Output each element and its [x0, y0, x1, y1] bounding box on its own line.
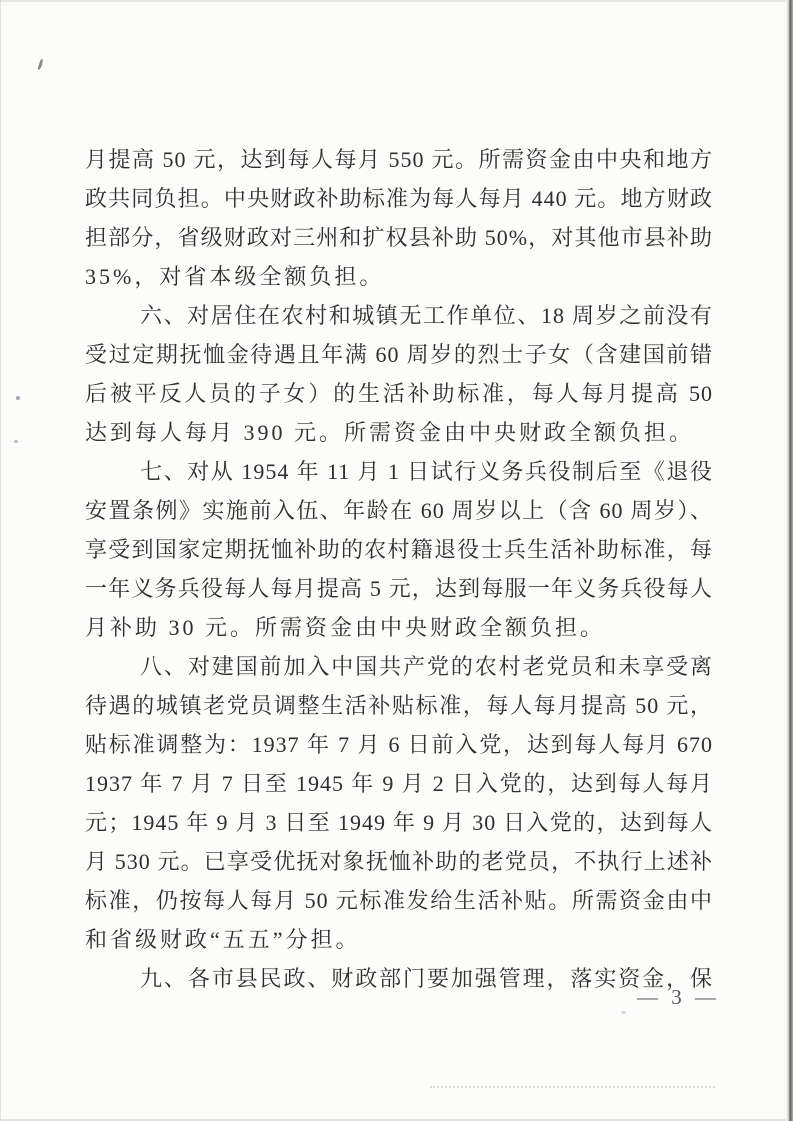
scan-edge-shadow-right: [786, 0, 793, 1121]
text-line: 月 530 元。已享受优抚对象抚恤补助的老党员，不执行上述补贴: [85, 842, 713, 881]
document-body: 月提高 50 元，达到每人每月 550 元。所需资金由中央和地方财政共同负担。中…: [85, 140, 713, 998]
text-line: 政共同负担。中央财政补助标准为每人每月 440 元。地方财政负: [85, 179, 713, 218]
text-line: 贴标准调整为：1937 年 7 月 6 日前入党，达到每人每月 670 元；: [85, 725, 713, 764]
ink-speck-artifact: [14, 440, 18, 443]
text-line: 七、对从 1954 年 11 月 1 日试行义务兵役制后至《退役士兵: [85, 452, 713, 491]
text-line: 元；1945 年 9 月 3 日至 1949 年 9 月 30 日入党的，达到每…: [85, 803, 713, 842]
text-line: 九、各市县民政、财政部门要加强管理，落实资金，保证及: [85, 959, 713, 998]
ink-speck-artifact: [16, 396, 20, 400]
ink-blot-artifact: [37, 59, 43, 70]
scanned-page: 月提高 50 元，达到每人每月 550 元。所需资金由中央和地方财政共同负担。中…: [0, 0, 793, 1121]
text-line: 月提高 50 元，达到每人每月 550 元。所需资金由中央和地方财: [85, 140, 713, 179]
paragraph: 九、各市县民政、财政部门要加强管理，落实资金，保证及: [85, 959, 713, 998]
text-line: 1937 年 7 月 7 日至 1945 年 9 月 2 日入党的，达到每人每月…: [85, 764, 713, 803]
text-line: 标准，仍按每人每月 50 元标准发给生活补贴。所需资金由中央: [85, 881, 713, 920]
text-line: 一年义务兵役每人每月提高 5 元，达到每服一年义务兵役每人每: [85, 569, 713, 608]
paper-crease-artifact: [430, 1086, 715, 1088]
text-line: 八、对建国前加入中国共产党的农村老党员和未享受离退休: [85, 647, 713, 686]
text-line: 担部分，省级财政对三州和扩权县补助 50%，对其他市县补助: [85, 218, 713, 257]
text-line: 35%，对省本级全额负担。: [85, 257, 713, 296]
text-line: 和省级财政“五五”分担。: [85, 920, 713, 959]
text-line: 安置条例》实施前入伍、年龄在 60 周岁以上（含 60 周岁）、未: [85, 491, 713, 530]
scan-edge-shadow-left: [0, 0, 1, 1121]
paragraph: 月提高 50 元，达到每人每月 550 元。所需资金由中央和地方财政共同负担。中…: [85, 140, 713, 296]
text-line: 后被平反人员的子女）的生活补助标准，每人每月提高 50 元，: [85, 374, 713, 413]
ink-speck-artifact: [621, 1011, 626, 1014]
text-line: 达到每人每月 390 元。所需资金由中央财政全额负担。: [85, 413, 713, 452]
text-line: 受过定期抚恤金待遇且年满 60 周岁的烈士子女（含建国前错杀: [85, 335, 713, 374]
paragraph: 七、对从 1954 年 11 月 1 日试行义务兵役制后至《退役士兵安置条例》实…: [85, 452, 713, 647]
scan-edge-shadow-top: [0, 0, 786, 2]
text-line: 月补助 30 元。所需资金由中央财政全额负担。: [85, 608, 713, 647]
paragraph: 六、对居住在农村和城镇无工作单位、18 周岁之前没有享受过定期抚恤金待遇且年满 …: [85, 296, 713, 452]
text-line: 六、对居住在农村和城镇无工作单位、18 周岁之前没有享: [85, 296, 713, 335]
text-line: 享受到国家定期抚恤补助的农村籍退役士兵生活补助标准，每服: [85, 530, 713, 569]
text-line: 待遇的城镇老党员调整生活补贴标准，每人每月提高 50 元，补: [85, 686, 713, 725]
paragraph: 八、对建国前加入中国共产党的农村老党员和未享受离退休待遇的城镇老党员调整生活补贴…: [85, 647, 713, 959]
page-number: — 3 —: [637, 984, 720, 1010]
